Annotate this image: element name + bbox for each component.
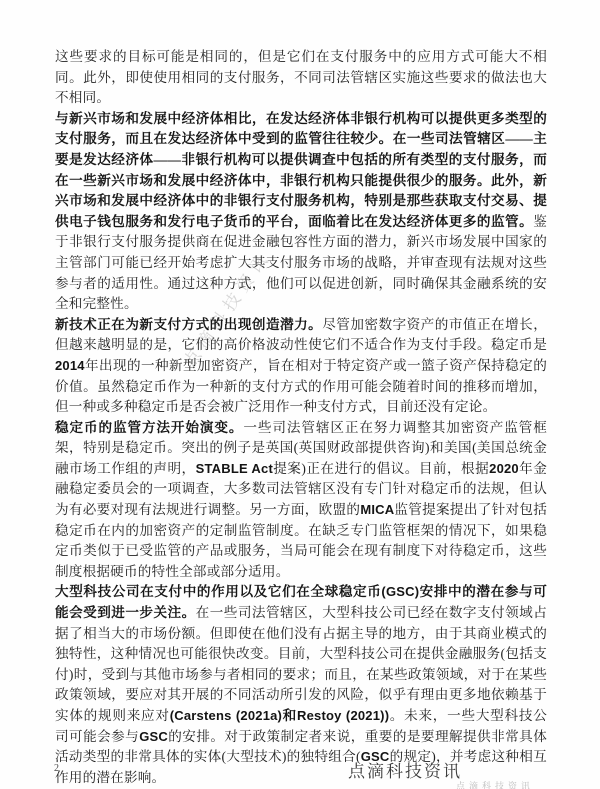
document-body: 这些要求的目标可能是相同的，但是它们在支付服务中的应用方式可能大不相同。此外，即… — [55, 47, 547, 788]
text-run: 2020 — [489, 461, 519, 476]
paragraph: 新技术正在为新支付方式的出现创造潜力。尽管加密数字资产的市值正在增长，但越来越明… — [55, 315, 547, 418]
text-run: Restoy (2021)) — [297, 708, 389, 723]
paragraph: 大型科技公司在支付中的作用以及它们在全球稳定币(GSC)安排中的潜在参与可能会受… — [55, 582, 547, 788]
footer-site-title: 点滴科技资讯 — [348, 757, 462, 782]
text-run: 提案)正在进行的倡议。目前，根据 — [273, 461, 489, 476]
text-run: GSC — [139, 729, 168, 744]
paragraph: 稳定币的监管方法开始演变。一些司法管辖区正在努力调整其加密资产监管框架，特别是稳… — [55, 418, 547, 583]
footer-corner-watermark: 点滴科技资讯 — [456, 779, 534, 789]
text-run: (Carstens (2021a) — [170, 708, 282, 723]
text-run: 在一些司法管辖区，大型科技公司已经在数字支付领域占据了相当大的市场份额。但即使在… — [55, 605, 547, 723]
text-run: STABLE Act — [196, 461, 273, 476]
text-run: 新技术正在为新支付方式的出现创造潜力。 — [55, 317, 322, 332]
text-run: 大型科技公司在支付中的作用以及它们在全球稳定币 — [55, 584, 381, 599]
page-number: 2 — [54, 763, 59, 774]
text-run: 年出现的一种新型加密资产，旨在相对于特定资产或一篮子资产保持稳定的价值。虽然稳定… — [55, 358, 547, 414]
text-run: 与新兴市场和发展中经济体相比，在发达经济体非银行机构可以提供更多类型的支付服务，… — [55, 111, 547, 229]
paragraph: 这些要求的目标可能是相同的，但是它们在支付服务中的应用方式可能大不相同。此外，即… — [55, 47, 547, 109]
text-run: 这些要求的目标可能是相同的，但是它们在支付服务中的应用方式可能大不相同。此外，即… — [55, 49, 547, 105]
paragraph: 与新兴市场和发展中经济体相比，在发达经济体非银行机构可以提供更多类型的支付服务，… — [55, 109, 547, 315]
text-run: MICA — [360, 502, 394, 517]
text-run: (GSC) — [381, 584, 419, 599]
text-run: 2014 — [55, 358, 85, 373]
document-page: 点滴科技资讯 这些要求的目标可能是相同的，但是它们在支付服务中的应用方式可能大不… — [0, 0, 600, 789]
text-run: 稳定币的监管方法开始演变。 — [55, 420, 243, 435]
text-run: 和 — [282, 708, 297, 723]
